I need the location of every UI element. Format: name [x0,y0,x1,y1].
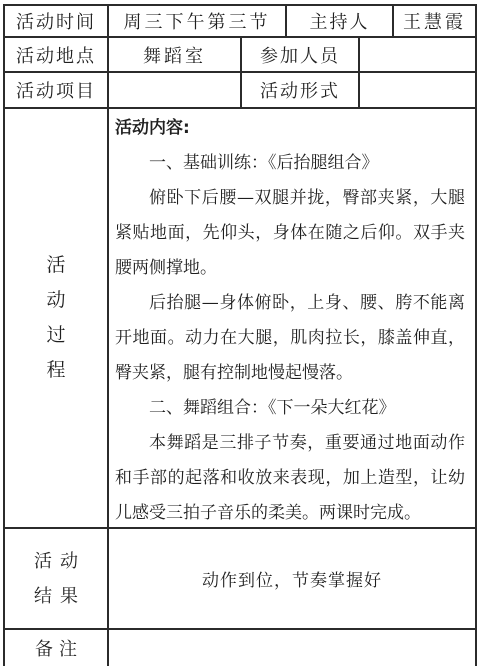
activity-time-value: 周三下午第三节 [109,6,287,36]
activity-time-value-text: 周三下午第三节 [124,8,271,34]
activity-content-paragraph: 俯卧下后腰—双腿并拢，臀部夹紧，大腿紧贴地面，先仰头，身体在随之后仰。双手夹腰两… [115,181,465,286]
activity-process-label: 活 动 过 程 [5,109,109,527]
row-activity-time: 活动时间 周三下午第三节 主持人 王慧霞 [5,6,475,38]
activity-place-value-text: 舞蹈室 [143,42,206,68]
row-activity-project: 活动项目 活动形式 [5,73,475,109]
activity-process-label-char: 活 [46,256,65,275]
document-page: 活动时间 周三下午第三节 主持人 王慧霞 活动地点 舞蹈室 参加人员 [0,0,479,666]
activity-place-value: 舞蹈室 [109,38,242,71]
activity-content-paragraph: 二、舞蹈组合：《下一朵大红花》 [115,391,465,426]
activity-result-label-line: 结果 [26,579,86,614]
activity-place-label-text: 活动地点 [16,42,96,68]
activity-process-label-char: 程 [46,361,65,380]
row-activity-process: 活 动 过 程 活动内容: 一、基础训练：《后抬腿组合》 俯卧下后腰—双腿并拢，… [5,109,475,529]
note-label: 备注 [5,630,109,666]
participants-label-text: 参加人员 [260,42,340,68]
participants-label: 参加人员 [242,38,360,71]
activity-form-label-text: 活动形式 [260,77,340,103]
activity-content-cell: 活动内容: 一、基础训练：《后抬腿组合》 俯卧下后腰—双腿并拢，臀部夹紧，大腿紧… [109,109,475,527]
host-value: 王慧霞 [394,6,475,36]
activity-record-table: 活动时间 周三下午第三节 主持人 王慧霞 活动地点 舞蹈室 参加人员 [3,4,477,666]
row-note: 备注 [5,630,475,666]
activity-project-label-text: 活动项目 [16,77,96,103]
note-label-text: 备注 [29,635,83,661]
activity-result-label-line: 活动 [26,544,86,579]
activity-content-heading: 活动内容: [115,111,465,146]
activity-form-value [360,73,475,107]
activity-place-label: 活动地点 [5,38,109,71]
participants-value [360,38,475,71]
note-value [109,630,475,666]
activity-result-value: 动作到位，节奏掌握好 [109,529,475,628]
activity-project-value [109,73,242,107]
activity-result-label: 活动 结果 [5,529,109,628]
activity-content-paragraph: 本舞蹈是三排子节奏，重要通过地面动作和手部的起落和收放来表现，加上造型，让幼儿感… [115,426,465,527]
activity-process-label-char: 过 [46,326,65,345]
activity-form-label: 活动形式 [242,73,360,107]
activity-time-label: 活动时间 [5,6,109,36]
activity-content-paragraph: 后抬腿—身体俯卧，上身、腰、胯不能离开地面。动力在大腿，肌肉拉长，膝盖伸直，臀夹… [115,286,465,391]
host-label-text: 主持人 [310,8,370,34]
activity-process-label-char: 动 [46,291,65,310]
activity-content-paragraph: 一、基础训练：《后抬腿组合》 [115,146,465,181]
activity-result-value-text: 动作到位，节奏掌握好 [202,566,382,591]
host-label: 主持人 [287,6,394,36]
host-value-text: 王慧霞 [403,8,466,34]
row-activity-result: 活动 结果 动作到位，节奏掌握好 [5,529,475,630]
row-activity-place: 活动地点 舞蹈室 参加人员 [5,38,475,73]
activity-project-label: 活动项目 [5,73,109,107]
activity-time-label-text: 活动时间 [16,8,96,34]
